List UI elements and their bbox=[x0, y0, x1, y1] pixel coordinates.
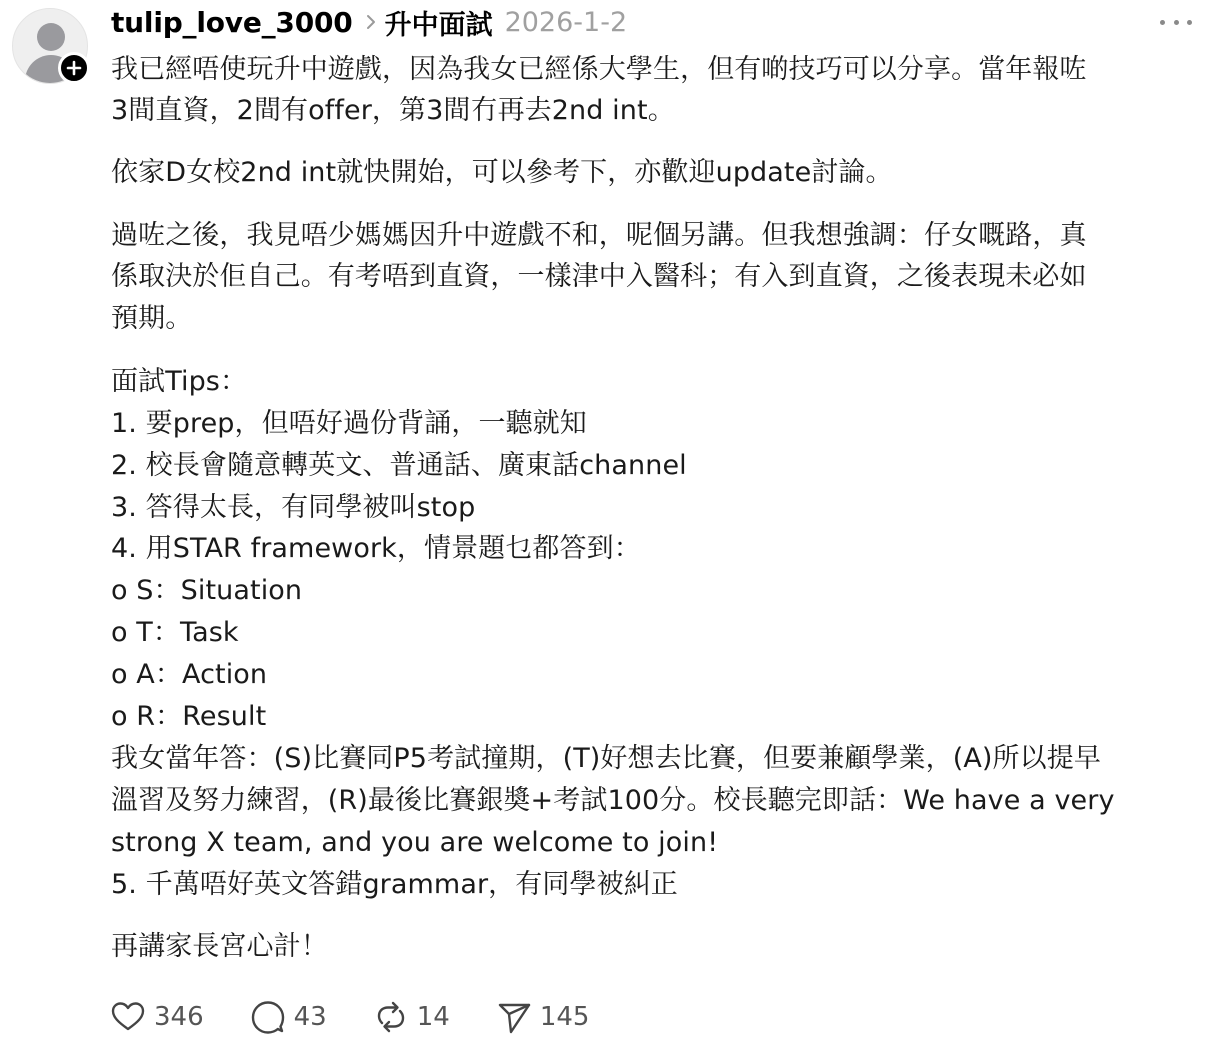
example-line: strong X team, and you are welcome to jo… bbox=[111, 822, 718, 864]
follow-button[interactable] bbox=[58, 52, 90, 84]
topic-tag[interactable]: 升中面試 bbox=[385, 3, 493, 42]
repost-count: 14 bbox=[417, 1002, 450, 1032]
star-item: o R：Result bbox=[111, 696, 266, 738]
author-username[interactable]: tulip_love_3000 bbox=[111, 6, 353, 39]
closing-line: 再講家長宮心計！ bbox=[111, 926, 328, 968]
example-line: 溫習及努力練習，(R)最後比賽銀奬+考試100分。校長聽完即話：We have … bbox=[111, 780, 1115, 822]
avatar-head-shape bbox=[37, 23, 65, 51]
star-item: o S：Situation bbox=[111, 570, 302, 612]
send-icon bbox=[496, 999, 532, 1035]
tip-item: 2. 校長會隨意轉英文、普通話、廣東話channel bbox=[111, 445, 687, 487]
body-line: 預期。 bbox=[111, 298, 192, 340]
tip-item: 3. 答得太長，有同學被叫stop bbox=[111, 487, 475, 529]
thread-post: tulip_love_3000 升中面試 2026-1-2 我已經唔使玩升中遊戲… bbox=[0, 0, 1232, 1060]
like-button[interactable]: 346 bbox=[110, 999, 204, 1035]
more-horizontal-icon bbox=[1160, 20, 1165, 25]
post-header: tulip_love_3000 升中面試 2026-1-2 bbox=[111, 2, 627, 42]
post-date: 2026-1-2 bbox=[505, 7, 628, 38]
body-line: 3間直資，2間有offer，第3間冇再去2nd int。 bbox=[111, 90, 675, 132]
repost-button[interactable]: 14 bbox=[373, 999, 450, 1035]
reply-count: 43 bbox=[294, 1002, 327, 1032]
repost-icon bbox=[373, 999, 409, 1035]
tip-item: 5. 千萬唔好英文答錯grammar，有同學被糾正 bbox=[111, 864, 678, 906]
plus-icon bbox=[66, 60, 82, 76]
star-item: o A：Action bbox=[111, 654, 267, 696]
heart-icon bbox=[110, 999, 146, 1035]
comment-icon bbox=[250, 999, 286, 1035]
like-count: 346 bbox=[154, 1002, 204, 1032]
star-item: o T：Task bbox=[111, 612, 239, 654]
chevron-right-icon bbox=[365, 14, 377, 30]
more-dot bbox=[1187, 20, 1192, 25]
body-line: 依家D女校2nd int就快開始，可以參考下，亦歡迎update討論。 bbox=[111, 152, 893, 194]
tip-item: 4. 用STAR framework，情景題乜都答到： bbox=[111, 528, 641, 570]
body-line: 過咗之後，我見唔少媽媽因升中遊戲不和，呢個另講。但我想強調：仔女嘅路，真 bbox=[111, 215, 1087, 257]
reply-button[interactable]: 43 bbox=[250, 999, 327, 1035]
tips-heading: 面試Tips： bbox=[111, 361, 247, 403]
more-dot bbox=[1174, 20, 1179, 25]
body-line: 係取決於佢自己。有考唔到直資，一樣津中入醫科；有入到直資，之後表現未必如 bbox=[111, 256, 1087, 298]
share-button[interactable]: 145 bbox=[496, 999, 590, 1035]
body-line: 我已經唔使玩升中遊戲，因為我女已經係大學生，但有啲技巧可以分享。當年報咗 bbox=[111, 49, 1087, 91]
share-count: 145 bbox=[540, 1002, 590, 1032]
action-bar: 346 43 14 145 bbox=[110, 996, 635, 1038]
tip-item: 1. 要prep，但唔好過份背誦，一聽就知 bbox=[111, 403, 587, 445]
more-options-button[interactable] bbox=[1160, 12, 1192, 32]
example-line: 我女當年答：(S)比賽同P5考試撞期，(T)好想去比賽，但要兼顧學業，(A)所以… bbox=[111, 738, 1101, 780]
